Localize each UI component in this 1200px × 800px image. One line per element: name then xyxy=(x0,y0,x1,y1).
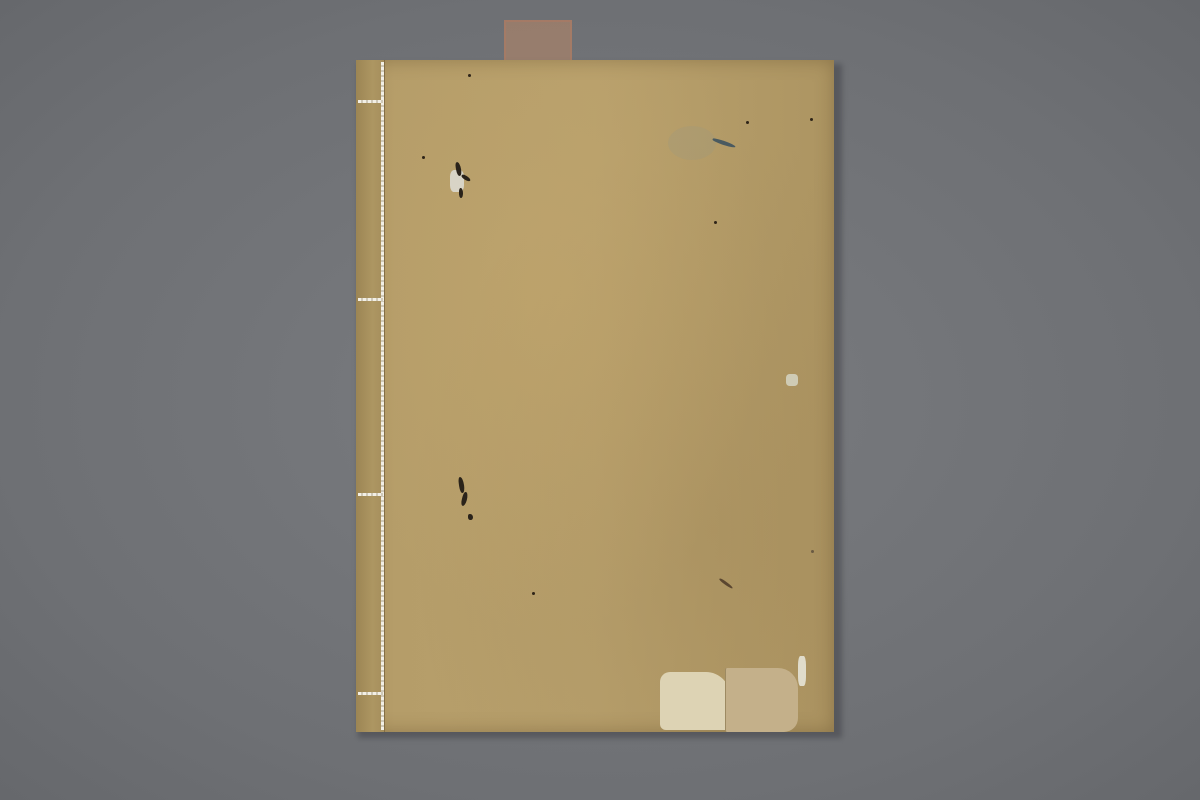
photo-scene xyxy=(0,0,1200,800)
binding-thread xyxy=(381,62,384,730)
repair-patch xyxy=(725,668,798,732)
binding-stitch xyxy=(358,692,384,695)
binding-stitch xyxy=(358,298,384,301)
repair-patch xyxy=(660,672,730,730)
speck xyxy=(810,118,813,121)
speck xyxy=(468,74,471,77)
speck xyxy=(422,156,425,159)
speck xyxy=(746,121,749,124)
worm-hole xyxy=(459,188,463,198)
worn-hole xyxy=(798,656,806,686)
speck xyxy=(714,221,717,224)
speck xyxy=(532,592,535,595)
worm-hole xyxy=(468,514,473,520)
book-cover xyxy=(356,60,834,732)
speck xyxy=(811,550,814,553)
worn-hole xyxy=(786,374,798,386)
water-stain xyxy=(668,126,716,160)
binding-stitch xyxy=(358,100,384,103)
binding-stitch xyxy=(358,493,384,496)
